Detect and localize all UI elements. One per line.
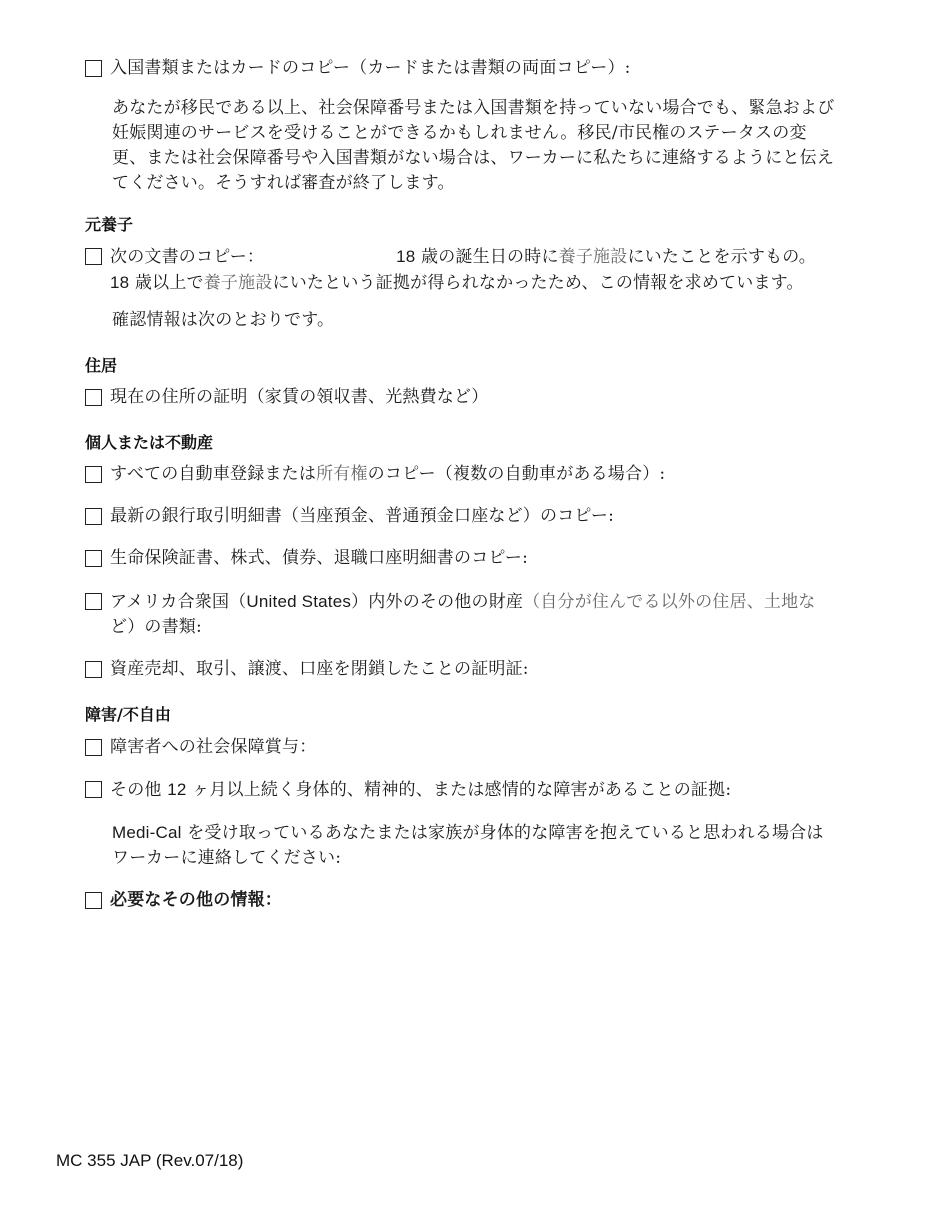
item-label: 次の文書のコピー：18 歳の誕生日の時に養子施設にいたことを示すもの。 18 歳… — [110, 244, 900, 296]
document-page: 入国書類またはカードのコピー（カードまたは書類の両面コピー）: あなたが移民であ… — [0, 0, 950, 1230]
checkbox[interactable] — [85, 892, 102, 909]
checklist-item-other-info: 必要なその他の情報： — [85, 888, 900, 913]
item-label: 生命保険証書、株式、債券、退職口座明細書のコピー: — [110, 546, 900, 571]
checkbox[interactable] — [85, 781, 102, 798]
checkbox[interactable] — [85, 550, 102, 567]
checkbox[interactable] — [85, 739, 102, 756]
item-label: すべての自動車登録または所有権のコピー（複数の自動車がある場合）: — [110, 462, 900, 487]
item-label: 資産売却、取引、譲渡、口座を閉鎖したことの証明証: — [110, 657, 900, 682]
item-label: 現在の住所の証明（家賃の領収書、光熱費など） — [110, 385, 900, 410]
checklist-item-asset-transfer: 資産売却、取引、譲渡、口座を閉鎖したことの証明証: — [85, 657, 900, 682]
checklist-item-bank-statements: 最新の銀行取引明細書（当座預金、普通預金口座など）のコピー: — [85, 504, 900, 529]
checklist-item-immigration-docs: 入国書類またはカードのコピー（カードまたは書類の両面コピー）: — [85, 56, 900, 81]
checkbox[interactable] — [85, 248, 102, 265]
checklist-item-vehicle-registration: すべての自動車登録または所有権のコピー（複数の自動車がある場合）: — [85, 462, 900, 487]
disability-note: Medi-Cal を受け取っているあなたまたは家族が身体的な障害を抱えていると思… — [112, 820, 902, 871]
item-label: 障害者への社会保障賞与： — [110, 735, 900, 760]
section-heading-housing: 住居 — [85, 355, 117, 377]
section-heading-former-foster: 元養子 — [85, 214, 133, 236]
checklist-item-disability-proof: その他 12 ヶ月以上続く身体的、精神的、または感情的な障害があることの証拠: — [85, 777, 900, 803]
checklist-item-ssi-disability: 障害者への社会保障賞与： — [85, 735, 900, 760]
checkbox[interactable] — [85, 661, 102, 678]
immigration-note: あなたが移民である以上、社会保障番号または入国書類を持っていない場合でも、緊急お… — [112, 96, 902, 196]
item-label: 最新の銀行取引明細書（当座預金、普通預金口座など）のコピー: — [110, 504, 900, 529]
section-heading-disability: 障害/不自由 — [85, 704, 171, 726]
checkbox[interactable] — [85, 389, 102, 406]
checkbox[interactable] — [85, 466, 102, 483]
form-id-footer: MC 355 JAP (Rev.07/18) — [56, 1151, 243, 1171]
checklist-item-address-proof: 現在の住所の証明（家賃の領収書、光熱費など） — [85, 385, 900, 410]
checklist-item-insurance-stocks: 生命保険証書、株式、債券、退職口座明細書のコピー: — [85, 546, 900, 571]
checklist-item-foster-proof: 次の文書のコピー：18 歳の誕生日の時に養子施設にいたことを示すもの。 18 歳… — [85, 244, 900, 296]
item-label: 入国書類またはカードのコピー（カードまたは書類の両面コピー）: — [110, 56, 900, 81]
checkbox[interactable] — [85, 60, 102, 77]
item-label: その他 12 ヶ月以上続く身体的、精神的、または感情的な障害があることの証拠: — [110, 777, 900, 803]
foster-confirm-text: 確認情報は次のとおりです。 — [112, 308, 902, 333]
checklist-item-other-property: アメリカ合衆国（United States）内外のその他の財産（自分が住んでる以… — [85, 589, 900, 640]
item-label: アメリカ合衆国（United States）内外のその他の財産（自分が住んでる以… — [110, 589, 900, 640]
checkbox[interactable] — [85, 508, 102, 525]
item-label: 必要なその他の情報： — [110, 888, 900, 913]
checkbox[interactable] — [85, 593, 102, 610]
section-heading-property: 個人または不動産 — [85, 432, 213, 454]
